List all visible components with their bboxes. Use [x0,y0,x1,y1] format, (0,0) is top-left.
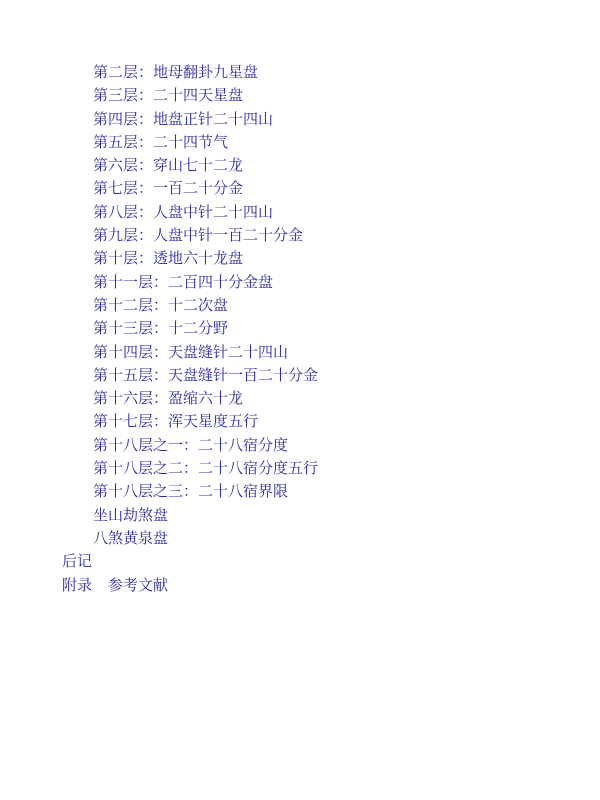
toc-item-layer-16[interactable]: 第十六层：盈缩六十龙 [0,387,600,410]
toc-item-layer-14[interactable]: 第十四层：天盘缝针二十四山 [0,341,600,364]
toc-item-layer-15[interactable]: 第十五层：天盘缝针一百二十分金 [0,364,600,387]
toc-item-layer-7[interactable]: 第七层：一百二十分金 [0,177,600,200]
toc-item-afterword[interactable]: 后记 [0,550,600,573]
toc-item-layer-5[interactable]: 第五层：二十四节气 [0,131,600,154]
toc-item-layer-2[interactable]: 第二层：地母翻卦九星盘 [0,61,600,84]
toc-item-layer-13[interactable]: 第十三层：十二分野 [0,317,600,340]
toc-item-layer-9[interactable]: 第九层：人盘中针一百二十分金 [0,224,600,247]
toc-item-layer-6[interactable]: 第六层：穿山七十二龙 [0,154,600,177]
toc-item-zuoshan-jiesha[interactable]: 坐山劫煞盘 [0,504,600,527]
toc-item-layer-18-2[interactable]: 第十八层之二：二十八宿分度五行 [0,457,600,480]
toc-item-layer-10[interactable]: 第十层：透地六十龙盘 [0,247,600,270]
toc-item-layer-17[interactable]: 第十七层：浑天星度五行 [0,410,600,433]
toc-item-layer-11[interactable]: 第十一层：二百四十分金盘 [0,271,600,294]
toc-item-layer-8[interactable]: 第八层：人盘中针二十四山 [0,201,600,224]
toc-item-layer-12[interactable]: 第十二层：十二次盘 [0,294,600,317]
toc-item-appendix-references[interactable]: 附录参考文献 [0,574,600,597]
toc-item-layer-18-1[interactable]: 第十八层之一：二十八宿分度 [0,434,600,457]
toc-item-layer-18-3[interactable]: 第十八层之三：二十八宿界限 [0,480,600,503]
references-label: 参考文献 [108,576,168,594]
toc-item-layer-4[interactable]: 第四层：地盘正针二十四山 [0,108,600,131]
table-of-contents: 第二层：地母翻卦九星盘 第三层：二十四天星盘 第四层：地盘正针二十四山 第五层：… [0,61,600,597]
toc-item-basha-huangquan[interactable]: 八煞黄泉盘 [0,527,600,550]
appendix-label: 附录 [62,576,92,594]
toc-item-layer-3[interactable]: 第三层：二十四天星盘 [0,84,600,107]
